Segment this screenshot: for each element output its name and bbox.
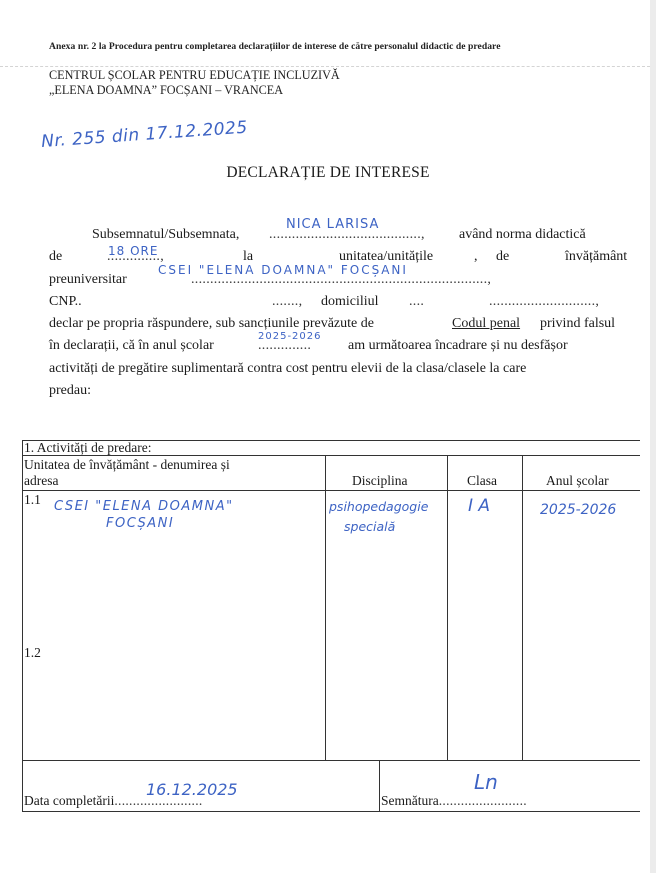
signature-label: Semnătura........................ xyxy=(381,793,527,809)
declaration-line-8: predau: xyxy=(49,380,634,402)
cnp-field[interactable]: ......., xyxy=(272,291,302,313)
text-incadrare: am următoarea încadrare și nu desfășor xyxy=(348,335,568,357)
declaration-line-4: CNP.. ......., domiciliul .... .........… xyxy=(49,291,634,313)
header-school-year: Anul școlar xyxy=(546,473,609,489)
header-class: Clasa xyxy=(467,473,497,489)
norm-label: având norma didactică xyxy=(459,224,586,246)
text-de: de xyxy=(49,246,62,268)
row-discipline-handwritten-line-2: specială xyxy=(344,518,395,535)
domicile-field-cont[interactable]: ............................, xyxy=(489,291,599,313)
date-handwritten: 16.12.2025 xyxy=(146,781,238,798)
row-unit-handwritten: CSEI "ELENA DOAMNA" xyxy=(54,498,234,515)
text-declar: declar pe propria răspundere, sub sancți… xyxy=(49,313,374,335)
domicile-field[interactable]: .... xyxy=(409,291,424,313)
section-title: 1. Activități de predare: xyxy=(24,440,151,456)
declaration-line-5: declar pe propria răspundere, sub sancți… xyxy=(49,313,634,335)
text-an-scolar: în declarații, că în anul școlar xyxy=(49,335,214,357)
header-discipline: Disciplina xyxy=(352,473,408,489)
col-divider-class xyxy=(447,455,448,760)
text-predau: predau: xyxy=(49,380,91,402)
date-label-text: Data completării xyxy=(24,793,114,808)
header-unit-line-2: adresa xyxy=(24,473,58,489)
text-activitati: activități de pregătire suplimentară con… xyxy=(49,358,526,380)
signature-label-text: Semnătura xyxy=(381,793,439,808)
text-de-2: de xyxy=(496,246,509,268)
signature-field[interactable]: ........................ xyxy=(439,793,527,808)
row-index: 1.1 xyxy=(24,492,41,508)
declaration-line-6: în declarații, că în anul școlar .......… xyxy=(49,335,634,357)
registration-number-handwritten: Nr. 255 din 17.12.2025 xyxy=(41,118,249,152)
table-left-border xyxy=(22,440,23,811)
row-unit-handwritten-line-2: FOCȘANI xyxy=(106,515,174,532)
col-divider-discipline xyxy=(325,455,326,760)
text-privind-falsul: privind falsul xyxy=(540,313,615,335)
page-edge-scrollbar xyxy=(650,0,656,873)
activities-table: 1. Activități de predare: Unitatea de în… xyxy=(22,440,640,810)
declarant-label: Subsemnatul/Subsemnata, xyxy=(92,224,239,246)
header-unit-line-1: Unitatea de învățământ - denumirea și xyxy=(24,457,230,473)
table-bottom-border xyxy=(22,811,640,812)
name-handwritten: NICA LARISA xyxy=(286,217,379,232)
row-school-year-handwritten: 2025-2026 xyxy=(540,502,616,519)
col-divider-year xyxy=(522,455,523,760)
unit-handwritten: CSEI "ELENA DOAMNA" FOCȘANI xyxy=(158,263,408,277)
domicile-label: domiciliul xyxy=(321,291,379,313)
rows-bottom-border xyxy=(22,760,640,761)
cnp-label: CNP.. xyxy=(49,291,82,313)
page-title: DECLARAȚIE DE INTERESE xyxy=(0,164,656,182)
header-divider xyxy=(0,66,650,67)
norm-handwritten: 18 ORE xyxy=(108,244,158,258)
footer-divider xyxy=(379,760,380,811)
row-class-handwritten: I A xyxy=(468,498,490,515)
row-index-2: 1.2 xyxy=(24,645,41,661)
institution-name: CENTRUL ȘCOLAR PENTRU EDUCAȚIE INCLUZIVĂ… xyxy=(49,68,340,98)
annex-header: Anexa nr. 2 la Procedura pentru completa… xyxy=(49,41,501,52)
institution-line-2: „ELENA DOAMNA” FOCȘANI – VRANCEA xyxy=(49,83,340,98)
declaration-line-7: activități de pregătire suplimentară con… xyxy=(49,358,634,380)
school-year-handwritten: 2025-2026 xyxy=(258,331,322,342)
text-preuniversitar: preuniversitar xyxy=(49,269,127,291)
codul-penal-link[interactable]: Codul penal xyxy=(452,313,520,335)
signature-handwritten: Ln xyxy=(474,774,498,791)
text-invatamant: învățământ xyxy=(565,246,627,268)
institution-line-1: CENTRUL ȘCOLAR PENTRU EDUCAȚIE INCLUZIVĂ xyxy=(49,68,340,83)
row-discipline-handwritten: psihopedagogie xyxy=(329,498,428,515)
text-comma: , xyxy=(474,246,478,268)
header-bottom-border xyxy=(22,490,640,491)
